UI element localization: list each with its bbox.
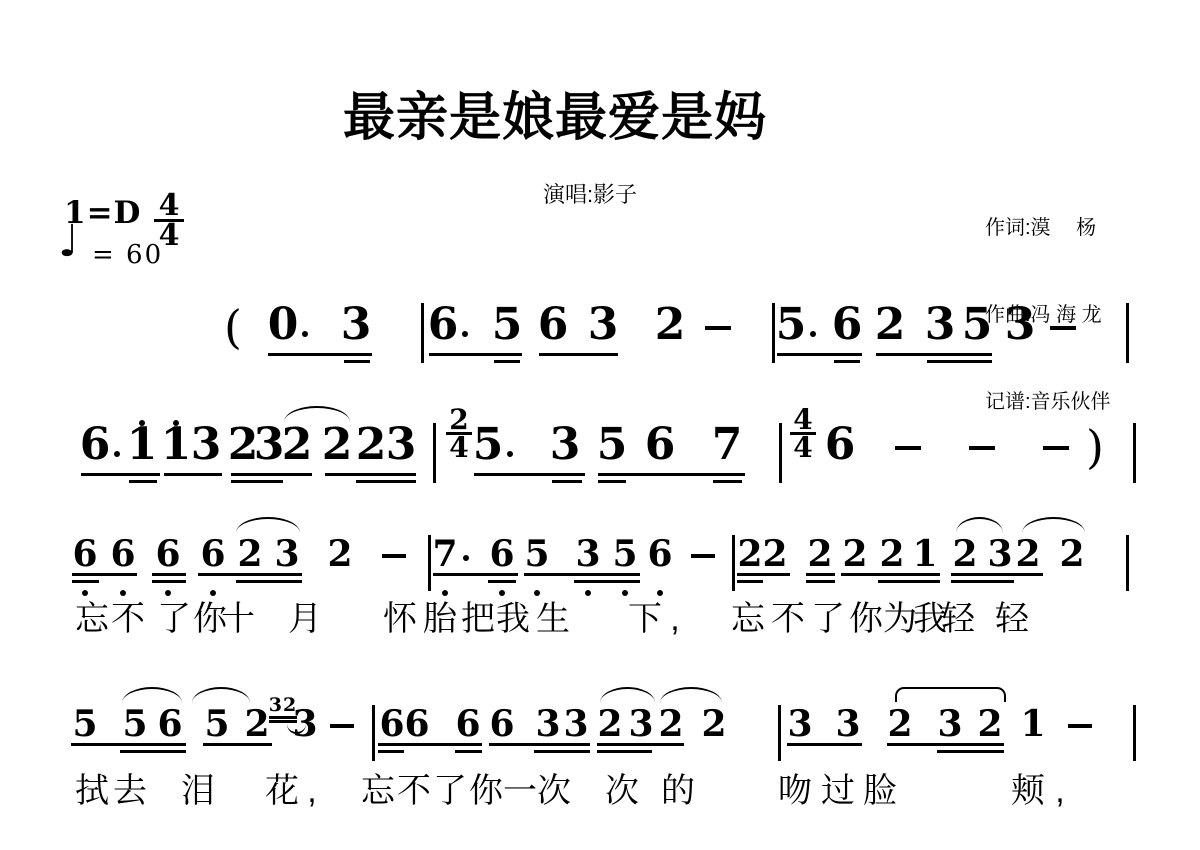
beam xyxy=(120,750,186,753)
tempo-value: = 60 xyxy=(92,241,163,269)
note: 3 xyxy=(787,706,812,742)
note: 3 xyxy=(254,423,285,467)
beam xyxy=(429,353,522,356)
note: 0 xyxy=(268,303,299,347)
augmentation-dot xyxy=(507,451,513,457)
lyric-char: 吻 xyxy=(778,773,812,809)
lyric-char: 我 xyxy=(496,601,530,637)
beam xyxy=(598,473,745,476)
credit-transcriber: 记谱:音乐伙伴 xyxy=(985,388,1111,417)
beam xyxy=(474,473,585,476)
note: 6 xyxy=(647,536,672,572)
note: 6 xyxy=(538,303,569,347)
augmentation-dot xyxy=(302,331,308,337)
note: 2 xyxy=(322,423,353,467)
note: 3 xyxy=(628,706,653,742)
note: 5 xyxy=(492,303,523,347)
beam xyxy=(129,480,157,483)
time-signature-digit: 4 xyxy=(786,436,820,459)
octave-dot-high xyxy=(139,420,145,426)
note: 6 xyxy=(832,303,863,347)
beam xyxy=(574,580,640,583)
lyric-char: 十 xyxy=(221,601,255,637)
beam xyxy=(489,743,590,746)
duration-dash xyxy=(1050,326,1076,330)
beam xyxy=(524,573,640,576)
note: 1 xyxy=(912,536,937,572)
quarter-note-icon: ♩ xyxy=(58,220,79,264)
note: 3 xyxy=(925,303,956,347)
note: 2 xyxy=(807,536,832,572)
beam xyxy=(927,360,992,363)
note: 3 xyxy=(1005,303,1036,347)
lyric-char: , xyxy=(670,601,679,637)
barline xyxy=(433,423,436,483)
lyric-char: 去 xyxy=(113,773,147,809)
beam xyxy=(356,480,416,483)
barline xyxy=(732,535,735,591)
note: 2 xyxy=(356,423,387,467)
note: 2 xyxy=(244,706,269,742)
note: 2 xyxy=(762,536,787,572)
lyric-char: 了 xyxy=(811,601,845,637)
beam xyxy=(455,750,482,753)
note: 5 xyxy=(962,303,993,347)
augmentation-dot xyxy=(114,451,120,457)
note: 6 xyxy=(72,536,97,572)
credit-lyricist: 作词:漠 杨 xyxy=(985,214,1111,243)
octave-dot-low xyxy=(165,590,171,596)
lyric-char: 忘 xyxy=(75,601,109,637)
lyric-char: 你 xyxy=(469,773,503,809)
beam xyxy=(806,580,835,583)
note: 3 xyxy=(575,536,600,572)
lyric-char: 拭 xyxy=(75,773,109,809)
octave-dot-low xyxy=(210,590,216,596)
note: 5 xyxy=(122,706,147,742)
octave-dot-low xyxy=(499,590,505,596)
barline xyxy=(1126,303,1129,363)
note: 5 xyxy=(612,536,637,572)
barline xyxy=(779,423,782,483)
note: 2 xyxy=(1059,536,1084,572)
lyric-char: 怀 xyxy=(383,601,417,637)
octave-dot-high xyxy=(173,420,179,426)
note: 1 xyxy=(161,423,192,467)
slur xyxy=(122,687,182,703)
lyric-char: , xyxy=(307,773,316,809)
lyric-char: 生 xyxy=(536,601,570,637)
note: 2 xyxy=(597,706,622,742)
barline xyxy=(428,535,431,591)
time-signature-digit: 2 xyxy=(442,408,476,431)
lyric-char: 过 xyxy=(821,773,855,809)
note: 6 xyxy=(825,423,856,467)
beam xyxy=(378,743,482,746)
beam xyxy=(597,743,684,746)
beam xyxy=(951,580,1014,583)
time-signature-digit: 4 xyxy=(786,408,820,431)
note: 3 xyxy=(563,706,588,742)
note: 3 xyxy=(937,706,962,742)
inline-time-signature: 44 xyxy=(786,408,820,459)
note: 6 xyxy=(110,536,135,572)
note: 2 xyxy=(879,536,904,572)
beam xyxy=(737,573,790,576)
note: 3 xyxy=(191,423,222,467)
beam xyxy=(268,353,372,356)
barline xyxy=(772,303,775,363)
note: 2 xyxy=(887,706,912,742)
lyric-char: 的 xyxy=(661,773,695,809)
octave-dot-low xyxy=(442,590,448,596)
beam xyxy=(231,473,312,476)
lyric-char: 脸 xyxy=(863,773,897,809)
augmentation-dot xyxy=(463,555,469,561)
lyric-char: 你 xyxy=(849,601,883,637)
time-signature-digit: 4 xyxy=(442,436,476,459)
beam xyxy=(713,480,742,483)
inline-time-signature: 24 xyxy=(442,408,476,459)
slur xyxy=(1022,517,1085,533)
note: 3 xyxy=(274,536,299,572)
duration-dash xyxy=(1068,724,1092,728)
note: 3 xyxy=(835,706,860,742)
note: 7 xyxy=(712,423,743,467)
note: 5 xyxy=(776,303,807,347)
lyric-char: 把 xyxy=(461,601,495,637)
beam xyxy=(737,580,763,583)
beam xyxy=(806,573,835,576)
note: 2 xyxy=(1015,536,1040,572)
note: 6 xyxy=(489,536,514,572)
note: 3 xyxy=(588,303,619,347)
note: 5 xyxy=(72,706,97,742)
barline xyxy=(1133,705,1136,761)
octave-dot-low xyxy=(534,590,540,596)
octave-dot-low xyxy=(657,590,663,596)
lyric-char: 月 xyxy=(288,601,322,637)
beam xyxy=(887,743,1004,746)
octave-dot-low xyxy=(120,590,126,596)
beam xyxy=(951,573,1043,576)
beam xyxy=(534,750,590,753)
lyric-char: 次 xyxy=(605,773,639,809)
note: 6 xyxy=(80,423,111,467)
lyric-char: 一 xyxy=(503,773,537,809)
note: 6 xyxy=(157,706,182,742)
barline xyxy=(778,705,781,761)
note: 5 xyxy=(597,423,628,467)
beam xyxy=(433,573,518,576)
duration-dash xyxy=(895,446,921,450)
note: 2 xyxy=(875,303,906,347)
beam xyxy=(552,480,582,483)
note: 6 xyxy=(455,706,480,742)
duration-dash xyxy=(969,446,995,450)
beam xyxy=(198,573,302,576)
lyric-char: 为 xyxy=(883,601,917,637)
duration-dash xyxy=(691,554,715,558)
beam xyxy=(597,750,652,753)
beam xyxy=(777,353,862,356)
lyric-char: 颊 xyxy=(1011,773,1045,809)
lyric-char: 次 xyxy=(537,773,571,809)
beam xyxy=(344,360,370,363)
beam xyxy=(72,580,99,583)
slur xyxy=(600,687,655,703)
augmentation-dot xyxy=(810,331,816,337)
note: 6 xyxy=(645,423,676,467)
octave-dot-low xyxy=(585,590,591,596)
note: 7 xyxy=(432,536,457,572)
note: 2 xyxy=(327,536,352,572)
note: 1 xyxy=(1020,706,1045,742)
beam xyxy=(325,473,416,476)
beam xyxy=(71,743,186,746)
lyric-char: 花 xyxy=(265,773,299,809)
beam xyxy=(488,580,516,583)
barline xyxy=(421,303,424,363)
note: 2 xyxy=(658,706,683,742)
lyric-char: 不 xyxy=(771,601,805,637)
slur xyxy=(236,517,300,533)
lyric-char: , xyxy=(1055,773,1064,809)
beam xyxy=(236,580,302,583)
lyric-char: 不 xyxy=(111,601,145,637)
beam xyxy=(598,480,626,483)
duration-dash xyxy=(705,326,731,330)
lyric-char: 下 xyxy=(628,601,662,637)
note: 6 xyxy=(200,536,225,572)
note: 2 xyxy=(701,706,726,742)
barline xyxy=(372,705,375,761)
note: 3 xyxy=(341,303,372,347)
note: 2 xyxy=(737,536,762,572)
barline xyxy=(1126,535,1129,591)
note: 5 xyxy=(473,423,504,467)
slur xyxy=(895,687,1006,702)
slur xyxy=(192,687,250,703)
lyric-char: 忘 xyxy=(731,601,765,637)
beam xyxy=(378,750,404,753)
lyric-char: 胎 xyxy=(423,601,457,637)
time-signature-numerator: 4 xyxy=(151,193,187,218)
note: 6 xyxy=(428,303,459,347)
beam xyxy=(152,573,186,576)
note: 5 xyxy=(524,536,549,572)
beam xyxy=(539,353,618,356)
lyric-char: 了 xyxy=(157,601,191,637)
beam xyxy=(152,580,186,583)
duration-dash xyxy=(1043,446,1069,450)
beam xyxy=(81,473,160,476)
note: 3 xyxy=(550,423,581,467)
beam xyxy=(937,750,1004,753)
beam xyxy=(231,480,283,483)
note: 3 xyxy=(386,423,417,467)
lyric-char: 不 xyxy=(397,773,431,809)
beam xyxy=(878,580,940,583)
beam xyxy=(72,573,137,576)
note: 2 xyxy=(655,303,686,347)
beam xyxy=(494,360,520,363)
beam xyxy=(834,360,860,363)
lyric-char: 了 xyxy=(433,773,467,809)
note: 5 xyxy=(204,706,229,742)
note: 6 xyxy=(155,536,180,572)
beam xyxy=(164,473,222,476)
note: 6 xyxy=(379,706,404,742)
octave-dot-low xyxy=(82,590,88,596)
lyric-char: 轻 xyxy=(995,601,1029,637)
note: 2 xyxy=(977,706,1002,742)
note: 2 xyxy=(237,536,262,572)
slur xyxy=(956,517,1003,533)
note: 2 xyxy=(842,536,867,572)
barline xyxy=(1133,423,1136,483)
note: 3 xyxy=(535,706,560,742)
beam xyxy=(203,743,272,746)
note: 2 xyxy=(282,423,313,467)
beam xyxy=(841,573,940,576)
slur xyxy=(660,687,722,703)
parenthesis: ) xyxy=(1086,424,1104,470)
note: 1 xyxy=(127,423,158,467)
note: 3 xyxy=(987,536,1012,572)
lyric-char: 忘 xyxy=(361,773,395,809)
note: 6 xyxy=(404,706,429,742)
beam xyxy=(876,353,992,356)
augmentation-dot xyxy=(462,331,468,337)
lyric-char: 轻 xyxy=(941,601,975,637)
octave-dot-low xyxy=(622,590,628,596)
beam xyxy=(787,743,862,746)
duration-dash xyxy=(382,554,406,558)
slur xyxy=(284,406,350,422)
note: 2 xyxy=(952,536,977,572)
song-title: 最亲是娘最爱是妈 xyxy=(0,90,1110,148)
lyric-char: 泪 xyxy=(181,773,215,809)
note: 6 xyxy=(489,706,514,742)
sheet-music-page: 最亲是娘最爱是妈 演唱:影子 作词:漠 杨 作曲:冯 海 龙 记谱:音乐伙伴 1… xyxy=(0,0,1200,850)
parenthesis: ( xyxy=(224,304,242,350)
duration-dash xyxy=(330,724,354,728)
